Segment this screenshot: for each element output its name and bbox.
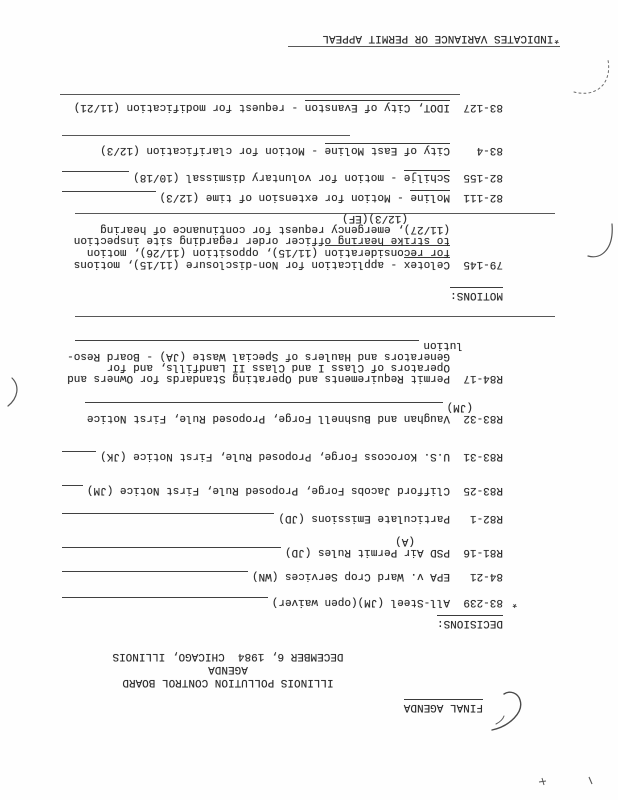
item-text: PSD Air Permit Rules (JD)(A) <box>62 535 450 557</box>
text-segment: Operators of Class I and Class II Landfi… <box>107 361 450 372</box>
item-text: EPA v. Ward Crop Services (WN) <box>62 570 450 581</box>
item-text: U.S. Korocoss Forge, Proposed Rule, Firs… <box>62 450 450 461</box>
pen-mark-edge-right <box>2 376 22 408</box>
item-text-line: IDOT, City of Evanston - request for mod… <box>62 100 450 112</box>
item-text: All-Steel (JM)(open waiver) <box>62 596 450 607</box>
typed-underscore-fill <box>62 171 129 182</box>
item-text-line: to strike hearing officer order regardin… <box>62 234 450 245</box>
text-segment: - motion for voluntary dismissal (10/18) <box>133 170 404 182</box>
text-segment: (11/27), emergency request for continuan… <box>100 223 450 234</box>
docket-number: R82-1 <box>470 512 503 523</box>
docket-number: 83-4 <box>477 144 503 155</box>
item-text: Vaughan and Bushnell Forge, Proposed Rul… <box>62 401 450 423</box>
item-text: Celotex - application for Non-disclosure… <box>62 212 450 269</box>
text-segment: Particulate Emissions (JD) <box>278 512 450 523</box>
text-segment: All-Steel (JM)(open waiver) <box>272 596 450 607</box>
docket-number: 82-155 <box>463 171 503 182</box>
typed-underscore-fill <box>62 451 96 461</box>
agenda-footnote: *INDICATES VARIANCE OR PERMIT APPEAL <box>322 32 560 43</box>
text-segment: PSD Air Permit Rules (JD) <box>285 546 450 557</box>
title-board-name: ILLINOIS POLLUTION CONTROL BOARD <box>112 675 344 688</box>
title-date-place: DECEMBER 6, 1984 CHICAGO, ILLINOIS <box>112 649 344 662</box>
typed-underscore-fill <box>62 191 156 202</box>
title-block: ILLINOIS POLLUTION CONTROL BOARD AGENDA … <box>112 649 344 688</box>
item-text-line: Celotex - application for Non-disclosure… <box>62 257 450 269</box>
text-segment: (JM) <box>447 401 473 412</box>
docket-number: 79-145 <box>463 258 503 269</box>
item-text: Schilje - motion for voluntary dismissal… <box>62 170 450 182</box>
item-text: IDOT, City of Evanston - request for mod… <box>62 100 450 112</box>
case-name: Moline <box>410 190 450 202</box>
case-name: Schilje <box>404 170 450 182</box>
item-text-line: U.S. Korocoss Forge, Proposed Rule, Firs… <box>62 450 450 461</box>
docket-number: 82-111 <box>463 191 503 202</box>
item-text: Moline - Motion for extension of time (1… <box>62 190 450 202</box>
item-text: Particulate Emissions (JD) <box>62 512 450 523</box>
item-text-line: (A) <box>27 535 415 546</box>
item-text-line: All-Steel (JM)(open waiver) <box>62 596 450 607</box>
text-segment: Vaughan and Bushnell Forge, Proposed Rul… <box>87 412 450 423</box>
case-name: Celotex <box>404 257 450 269</box>
variance-flag: * <box>511 596 518 607</box>
docket-number: R83-25 <box>463 484 503 495</box>
docket-number: 83-127 <box>463 101 503 112</box>
text-segment: (11/15), opposition (11/26), motion <box>87 245 325 257</box>
item-text: Clifford Jacobs Forge, Proposed Rule, Fi… <box>62 484 450 495</box>
typed-underscore-fill <box>62 597 268 607</box>
pen-mark-small-dots <box>534 774 594 788</box>
scanned-page: FINAL AGENDA ILLINOIS POLLUTION CONTROL … <box>0 0 618 800</box>
text-segment: EPA v. Ward Crop Services (WN) <box>252 570 450 581</box>
docket-number: 84-21 <box>470 570 503 581</box>
text-segment: - Motion for extension of time (12/3) <box>160 190 411 202</box>
item-text-line: (JM) <box>85 401 473 412</box>
text-segment: Generators and Haulers of Special Waste … <box>67 350 450 361</box>
item-text-line: Moline - Motion for extension of time (1… <box>62 190 450 202</box>
text-segment: to strike hearing officer order regardin… <box>74 234 450 245</box>
typed-underscore-fill <box>62 547 281 557</box>
typed-rule-separator <box>75 316 555 317</box>
docket-number: R83-32 <box>463 412 503 423</box>
item-text-line: EPA v. Ward Crop Services (WN) <box>62 570 450 581</box>
item-text-line: Clifford Jacobs Forge, Proposed Rule, Fi… <box>62 484 450 495</box>
case-name: IDOT, City of Evanston <box>305 100 450 112</box>
typed-underscore-fill <box>62 513 274 523</box>
typed-underscore-fill <box>62 485 83 495</box>
item-text-line: City of East Moline - Motion for clarifi… <box>62 143 450 155</box>
text-segment: (A) <box>395 535 415 546</box>
title-agenda: AGENDA <box>112 662 344 675</box>
typed-rule-after-83-4 <box>62 135 350 136</box>
text-segment: U.S. Korocoss Forge, Proposed Rule, Firs… <box>100 450 450 461</box>
pen-mark-edge-left <box>586 220 616 262</box>
motions-heading: MOTIONS: <box>450 289 503 300</box>
typed-underscore-fill <box>62 571 248 581</box>
typed-underscore-fill <box>85 402 443 412</box>
item-text-line: (11/27), emergency request for continuan… <box>62 223 450 234</box>
final-agenda-label: FINAL AGENDA <box>404 701 483 712</box>
text-segment: - application for Non-disclosure (11/15)… <box>74 257 404 269</box>
typed-rule-footnote <box>288 46 560 47</box>
item-text-line: Permit Requirements and Operating Standa… <box>62 372 450 383</box>
item-text-line: Vaughan and Bushnell Forge, Proposed Rul… <box>62 412 450 423</box>
text-segment: - request for modification (11/21) <box>74 100 305 112</box>
text-segment: lution <box>423 339 463 350</box>
item-text-line: Operators of Class I and Class II Landfi… <box>62 361 450 372</box>
pen-squiggle-corner <box>572 45 616 100</box>
typed-rule-after-celotex <box>75 213 555 214</box>
decisions-heading: DECISIONS: <box>437 617 503 628</box>
text-segment: Clifford Jacobs Forge, Proposed Rule, Fi… <box>87 484 450 495</box>
docket-number: R83-31 <box>463 450 503 461</box>
typed-underscore-fill <box>75 340 419 350</box>
case-name: City of East Moline <box>325 143 450 155</box>
item-text-line: Particulate Emissions (JD) <box>62 512 450 523</box>
case-name: for reconsideration <box>325 245 450 257</box>
item-text-line: PSD Air Permit Rules (JD) <box>62 546 450 557</box>
item-text: City of East Moline - Motion for clarifi… <box>62 143 450 155</box>
text-segment: Permit Requirements and Operating Standa… <box>67 372 450 383</box>
item-text: Permit Requirements and Operating Standa… <box>62 339 450 383</box>
docket-number: R84-17 <box>463 372 503 383</box>
item-text-line: for reconsideration (11/15), opposition … <box>62 245 450 257</box>
item-text-line: Schilje - motion for voluntary dismissal… <box>62 170 450 182</box>
typed-rule-after-83-127 <box>60 94 460 95</box>
item-text-line: lution <box>75 339 463 350</box>
text-segment: - Motion for clarification (12/3) <box>100 143 324 155</box>
docket-number: 83-239 <box>463 596 503 607</box>
document-sheet: FINAL AGENDA ILLINOIS POLLUTION CONTROL … <box>0 0 618 800</box>
item-text-line: Generators and Haulers of Special Waste … <box>62 350 450 361</box>
docket-number: R81-16 <box>463 546 503 557</box>
pen-squiggle-near-final-agenda <box>488 686 530 734</box>
